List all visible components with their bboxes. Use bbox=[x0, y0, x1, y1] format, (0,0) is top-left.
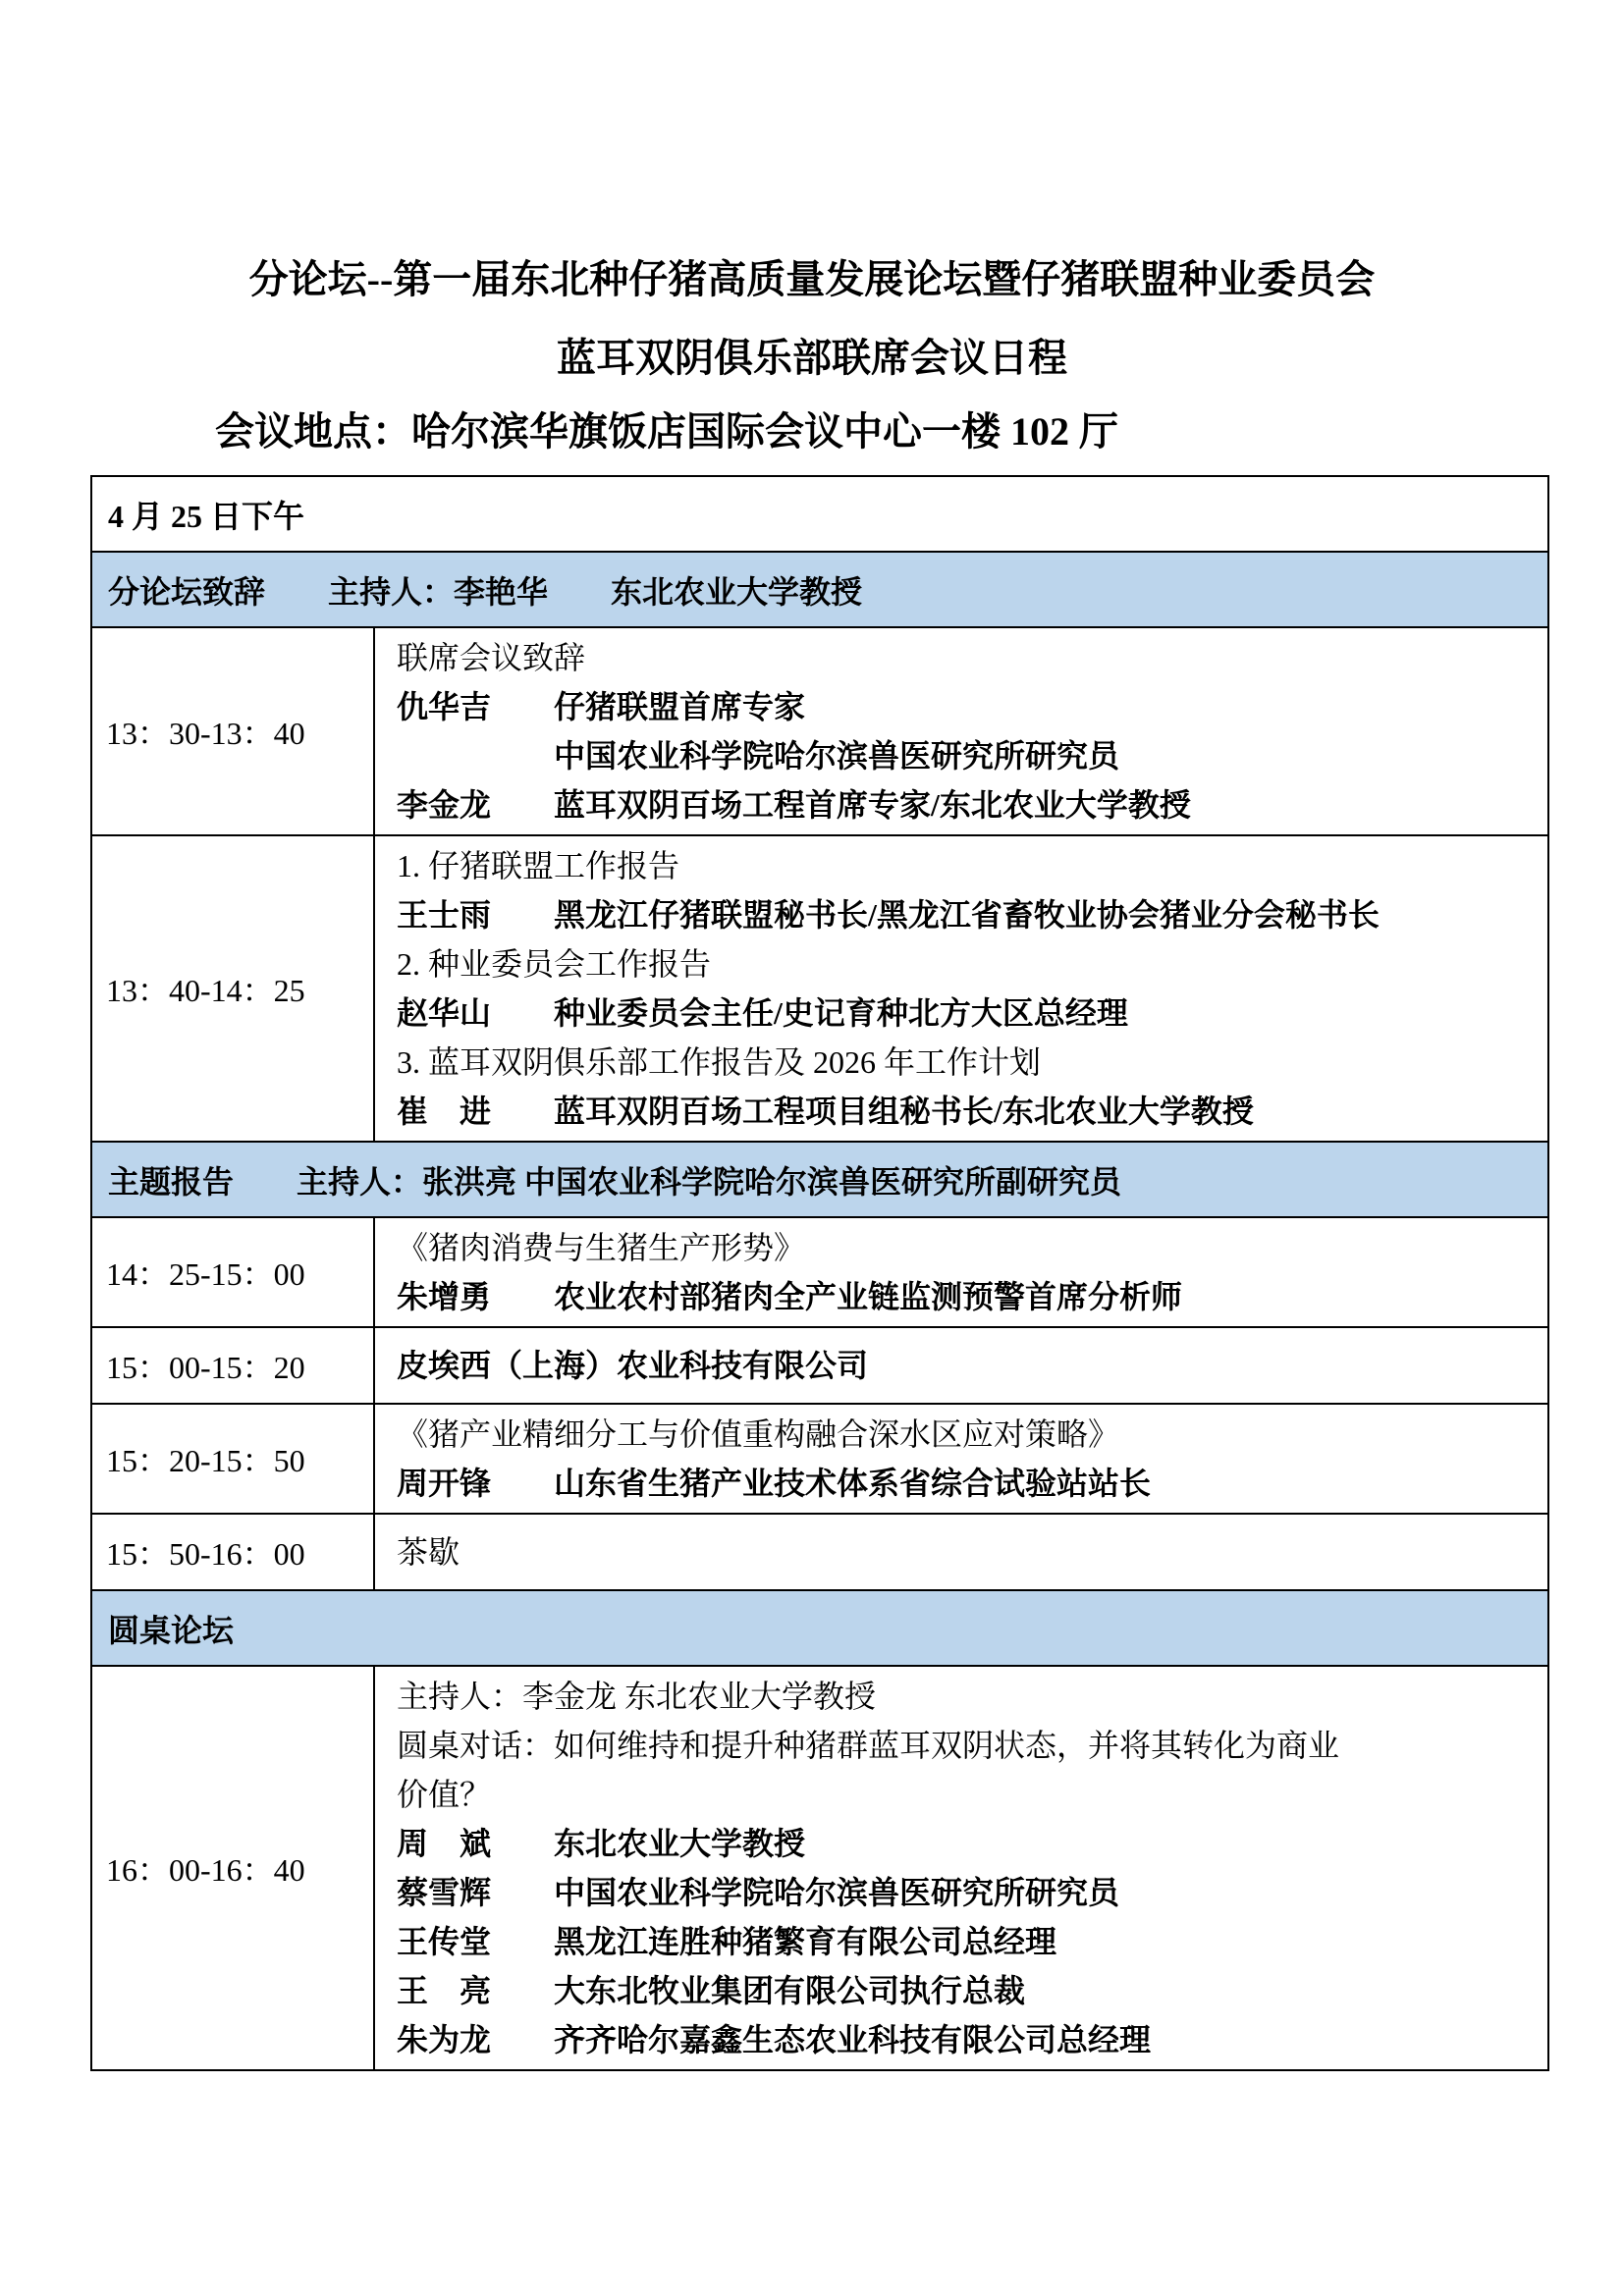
speaker-line: 王 亮 大东北牧业集团有限公司执行总裁 bbox=[397, 1966, 1530, 2015]
speaker-line: 崔 进 蓝耳双阴百场工程项目组秘书长/东北农业大学教授 bbox=[397, 1087, 1530, 1136]
section-header-cell: 主题报告 主持人：张洪亮 中国农业科学院哈尔滨兽医研究所副研究员 bbox=[91, 1142, 1548, 1217]
speaker-line: 赵华山 种业委员会主任/史记育种北方大区总经理 bbox=[397, 988, 1530, 1038]
session-time: 14：25-15：00 bbox=[91, 1217, 374, 1327]
session-content: 《猪产业精细分工与价值重构融合深水区应对策略》周开锋 山东省生猪产业技术体系省综… bbox=[374, 1404, 1548, 1514]
agenda-row: 15：20-15：50《猪产业精细分工与价值重构融合深水区应对策略》周开锋 山东… bbox=[91, 1404, 1548, 1514]
session-line: 茶歇 bbox=[397, 1527, 1530, 1576]
speaker-line: 周 斌 东北农业大学教授 bbox=[397, 1819, 1530, 1868]
session-line: 圆桌对话：如何维持和提升种猪群蓝耳双阴状态，并将其转化为商业 bbox=[397, 1721, 1530, 1770]
session-line: 价值？ bbox=[397, 1770, 1530, 1819]
section-header-cell: 圆桌论坛 bbox=[91, 1590, 1548, 1666]
agenda-row: 13：30-13：40联席会议致辞仇华吉 仔猪联盟首席专家 中国农业科学院哈尔滨… bbox=[91, 627, 1548, 835]
session-content: 联席会议致辞仇华吉 仔猪联盟首席专家 中国农业科学院哈尔滨兽医研究所研究员李金龙… bbox=[374, 627, 1548, 835]
session-line: 3. 蓝耳双阴俱乐部工作报告及 2026 年工作计划 bbox=[397, 1038, 1530, 1087]
session-line: 2. 种业委员会工作报告 bbox=[397, 939, 1530, 988]
agenda-row: 主题报告 主持人：张洪亮 中国农业科学院哈尔滨兽医研究所副研究员 bbox=[91, 1142, 1548, 1217]
session-line: 1. 仔猪联盟工作报告 bbox=[397, 841, 1530, 890]
agenda-row: 15：50-16：00茶歇 bbox=[91, 1514, 1548, 1590]
agenda-row: 14：25-15：00《猪肉消费与生猪生产形势》朱增勇 农业农村部猪肉全产业链监… bbox=[91, 1217, 1548, 1327]
agenda-table-body: 4 月 25 日下午分论坛致辞 主持人：李艳华 东北农业大学教授13：30-13… bbox=[91, 476, 1548, 2070]
session-content: 主持人：李金龙 东北农业大学教授圆桌对话：如何维持和提升种猪群蓝耳双阴状态，并将… bbox=[374, 1666, 1548, 2070]
speaker-line: 周开锋 山东省生猪产业技术体系省综合试验站站长 bbox=[397, 1459, 1530, 1508]
session-time: 13：30-13：40 bbox=[91, 627, 374, 835]
speaker-line: 中国农业科学院哈尔滨兽医研究所研究员 bbox=[397, 731, 1530, 780]
speaker-line: 朱增勇 农业农村部猪肉全产业链监测预警首席分析师 bbox=[397, 1272, 1530, 1321]
agenda-row: 4 月 25 日下午 bbox=[91, 476, 1548, 552]
session-line: 联席会议致辞 bbox=[397, 633, 1530, 682]
session-time: 13：40-14：25 bbox=[91, 835, 374, 1142]
session-content: 1. 仔猪联盟工作报告王士雨 黑龙江仔猪联盟秘书长/黑龙江省畜牧业协会猪业分会秘… bbox=[374, 835, 1548, 1142]
speaker-line: 仇华吉 仔猪联盟首席专家 bbox=[397, 682, 1530, 731]
session-time: 15：00-15：20 bbox=[91, 1327, 374, 1404]
session-line: 主持人：李金龙 东北农业大学教授 bbox=[397, 1672, 1530, 1721]
session-time: 16：00-16：40 bbox=[91, 1666, 374, 2070]
agenda-row: 15：00-15：20皮埃西（上海）农业科技有限公司 bbox=[91, 1327, 1548, 1404]
agenda-row: 16：00-16：40主持人：李金龙 东北农业大学教授圆桌对话：如何维持和提升种… bbox=[91, 1666, 1548, 2070]
date-header-cell: 4 月 25 日下午 bbox=[91, 476, 1548, 552]
agenda-table: 4 月 25 日下午分论坛致辞 主持人：李艳华 东北农业大学教授13：30-13… bbox=[90, 475, 1549, 2071]
agenda-row: 13：40-14：251. 仔猪联盟工作报告王士雨 黑龙江仔猪联盟秘书长/黑龙江… bbox=[91, 835, 1548, 1142]
session-line: 《猪产业精细分工与价值重构融合深水区应对策略》 bbox=[397, 1410, 1530, 1459]
section-header-cell: 分论坛致辞 主持人：李艳华 东北农业大学教授 bbox=[91, 552, 1548, 627]
session-content: 《猪肉消费与生猪生产形势》朱增勇 农业农村部猪肉全产业链监测预警首席分析师 bbox=[374, 1217, 1548, 1327]
speaker-line: 朱为龙 齐齐哈尔嘉鑫生态农业科技有限公司总经理 bbox=[397, 2015, 1530, 2064]
session-content: 皮埃西（上海）农业科技有限公司 bbox=[374, 1327, 1548, 1404]
doc-title-line-1: 分论坛--第一届东北种仔猪高质量发展论坛暨仔猪联盟种业委员会 bbox=[0, 0, 1624, 301]
speaker-line: 蔡雪辉 中国农业科学院哈尔滨兽医研究所研究员 bbox=[397, 1868, 1530, 1917]
speaker-line: 王士雨 黑龙江仔猪联盟秘书长/黑龙江省畜牧业协会猪业分会秘书长 bbox=[397, 890, 1530, 939]
doc-location-line: 会议地点：哈尔滨华旗饭店国际会议中心一楼 102 厅 bbox=[215, 410, 1624, 454]
speaker-line: 李金龙 蓝耳双阴百场工程首席专家/东北农业大学教授 bbox=[397, 780, 1530, 829]
session-time: 15：20-15：50 bbox=[91, 1404, 374, 1514]
agenda-row: 圆桌论坛 bbox=[91, 1590, 1548, 1666]
speaker-line: 皮埃西（上海）农业科技有限公司 bbox=[397, 1341, 1530, 1390]
session-time: 15：50-16：00 bbox=[91, 1514, 374, 1590]
agenda-row: 分论坛致辞 主持人：李艳华 东北农业大学教授 bbox=[91, 552, 1548, 627]
doc-title-line-2: 蓝耳双阴俱乐部联席会议日程 bbox=[0, 337, 1624, 380]
session-content: 茶歇 bbox=[374, 1514, 1548, 1590]
session-line: 《猪肉消费与生猪生产形势》 bbox=[397, 1223, 1530, 1272]
speaker-line: 王传堂 黑龙江连胜种猪繁育有限公司总经理 bbox=[397, 1917, 1530, 1966]
document-page: 分论坛--第一届东北种仔猪高质量发展论坛暨仔猪联盟种业委员会 蓝耳双阴俱乐部联席… bbox=[0, 0, 1624, 2296]
